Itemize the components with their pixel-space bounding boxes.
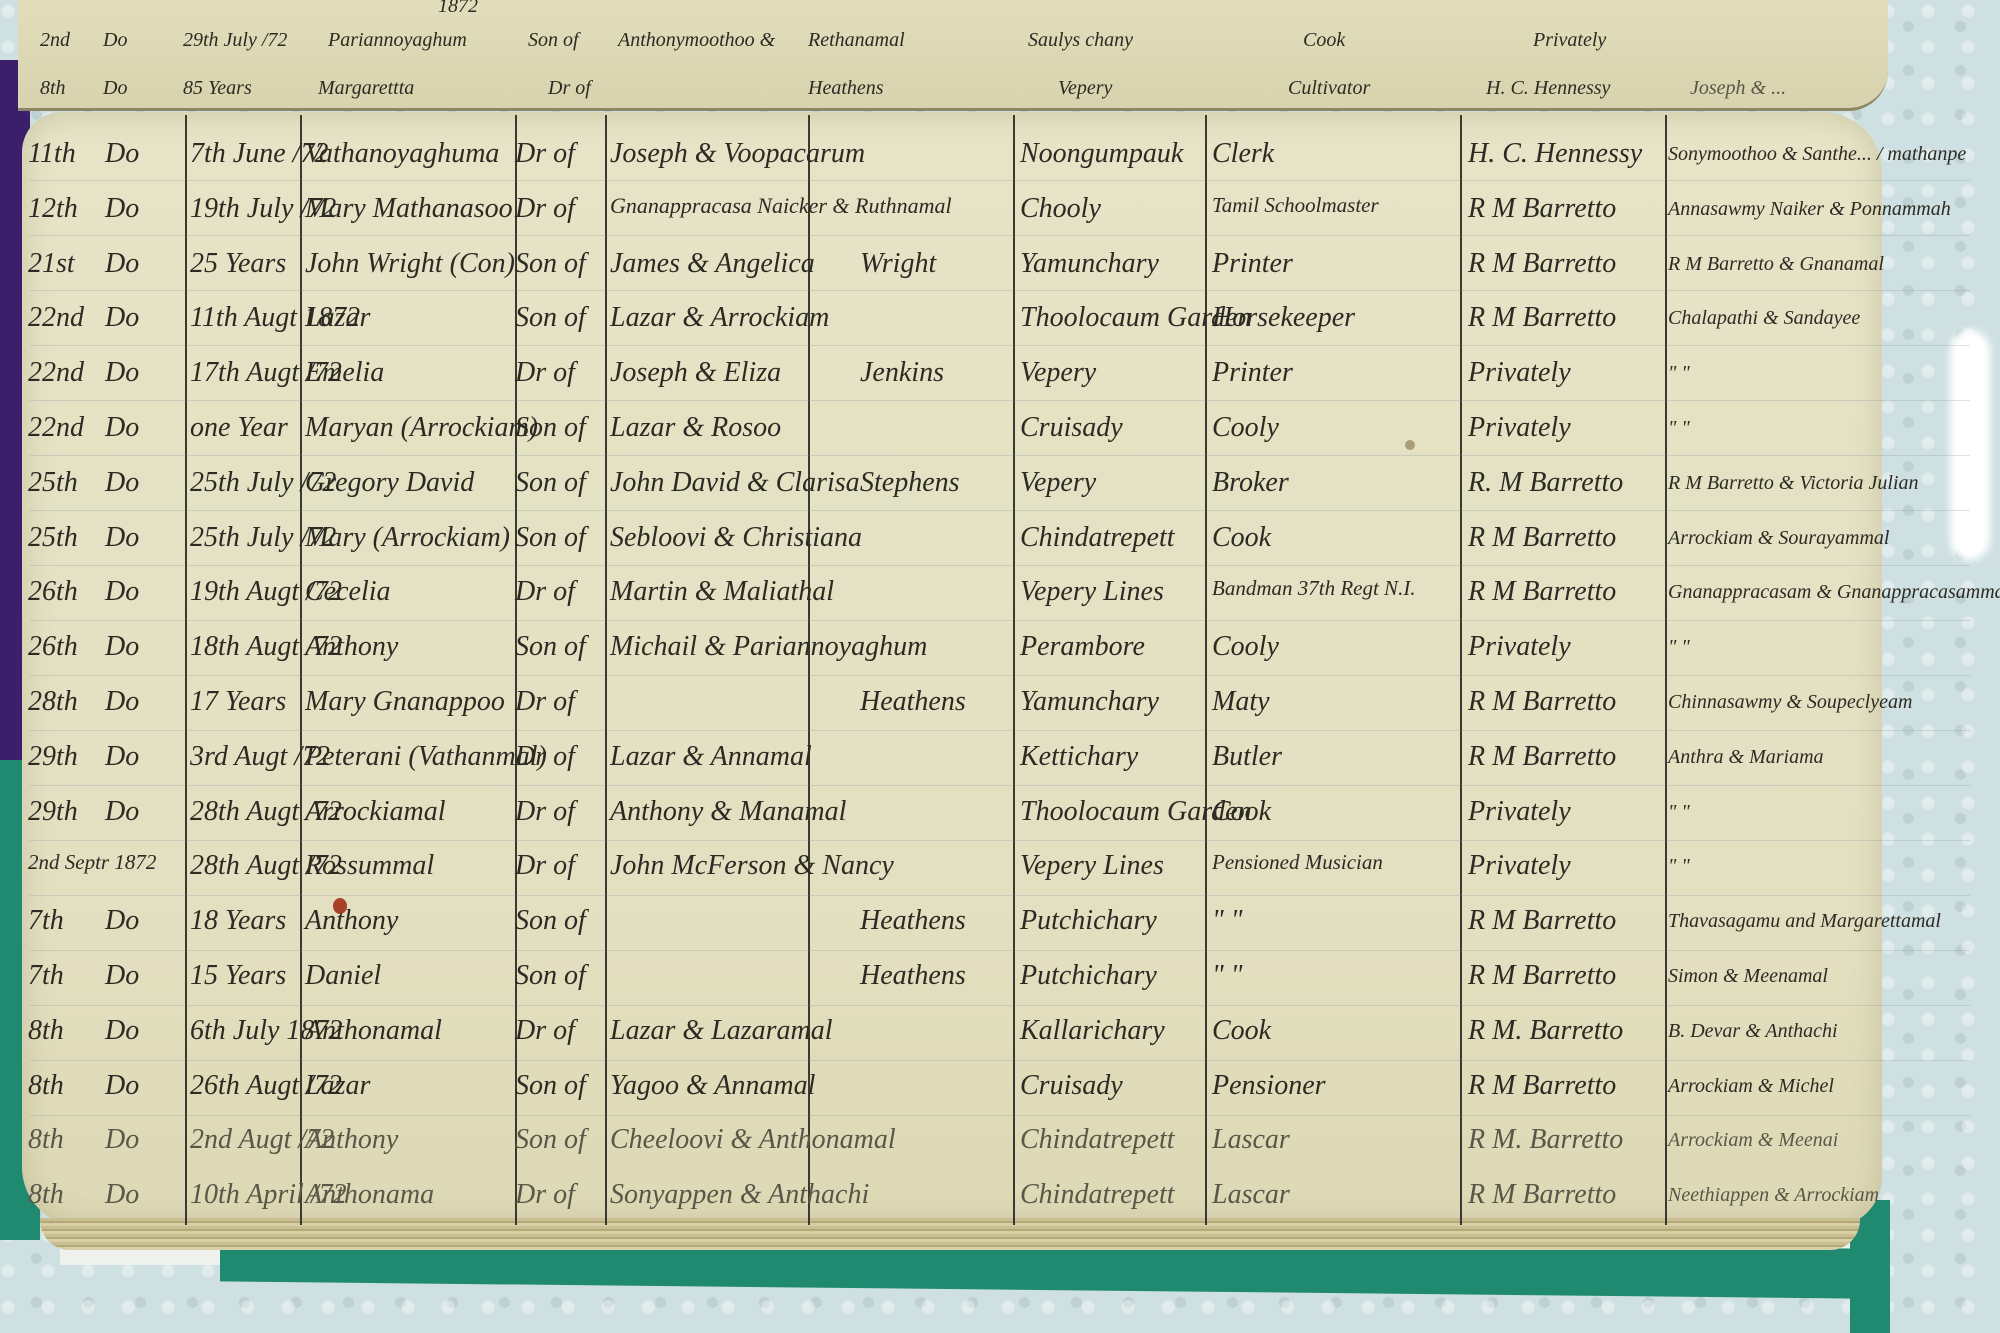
cell-abode: Noongumpauk — [1020, 140, 1183, 168]
cell-by-whom: R M Barretto — [1468, 1181, 1616, 1209]
cell-profession: Cooly — [1212, 414, 1279, 442]
cell-child-name: Emelia — [305, 359, 384, 387]
cell-child-name: Vathanoyaghuma — [305, 140, 499, 168]
cell-relation: Dr of — [515, 195, 575, 223]
cell-child-name: Peterani (Vathanmal) — [305, 743, 547, 771]
cell-baptized-month: Do — [105, 1126, 139, 1154]
cell-child-name: Anthony — [305, 633, 398, 661]
cell-by-whom: Privately — [1533, 30, 1606, 50]
cell-by-whom: H. C. Hennessy — [1468, 140, 1642, 168]
cell-child-name: Cecelia — [305, 578, 391, 606]
cell-sponsors: Anthra & Mariama — [1668, 747, 1824, 767]
previous-page-header: 1872 — [438, 0, 478, 16]
cell-relation: Son of — [515, 469, 586, 497]
cell-abode: Putchichary — [1020, 907, 1157, 935]
cell-relation: Dr of — [515, 140, 575, 168]
cell-relation: Son of — [515, 250, 586, 278]
cell-profession: " " — [1212, 907, 1243, 935]
cell-baptized-day: 8th — [28, 1017, 64, 1045]
cell-abode: Cruisady — [1020, 1072, 1123, 1100]
cell-profession: Cooly — [1212, 633, 1279, 661]
cell-by-whom: R M Barretto — [1468, 304, 1616, 332]
cell-sponsors: " " — [1668, 363, 1690, 383]
cell-child-name: Mary (Arrockiam) — [305, 524, 510, 552]
cell-baptized-month: Do — [105, 798, 139, 826]
cell-by-whom: R M Barretto — [1468, 688, 1616, 716]
light-glare — [1950, 330, 1990, 560]
cell-by-whom: R M Barretto — [1468, 524, 1616, 552]
cell-parents: Cheeloovi & Anthonamal — [610, 1126, 896, 1154]
cell-sponsors: Joseph & ... — [1690, 78, 1786, 98]
cell-baptized-month: Do — [105, 743, 139, 771]
cell-baptized-month: Do — [105, 414, 139, 442]
cell-sponsors: " " — [1668, 802, 1690, 822]
cell-child-name: Mary Gnanappoo — [305, 688, 505, 716]
cell-surname: Rethanamal — [808, 30, 905, 50]
column-rule — [1205, 115, 1207, 1225]
cell-sponsors: Sonymoothoo & Santhe... / mathanpe — [1668, 144, 1966, 164]
cell-profession: " " — [1212, 962, 1243, 990]
cell-baptized-day: 22nd — [28, 359, 84, 387]
cell-relation: Son of — [515, 1072, 586, 1100]
page-block-edge — [40, 1218, 1860, 1250]
cell-baptized-month: Do — [103, 78, 127, 98]
cell-profession: Cultivator — [1288, 78, 1370, 98]
cell-baptized-month: Do — [105, 250, 139, 278]
cell-by-whom: R M Barretto — [1468, 195, 1616, 223]
cell-child-name: Gregory David — [305, 469, 474, 497]
cell-baptized-day: 12th — [28, 195, 78, 223]
cell-born: one Year — [190, 414, 288, 442]
cell-baptized-day: 29th — [28, 743, 78, 771]
cell-baptized-month: Do — [105, 469, 139, 497]
cell-child-name: Lazar — [305, 304, 370, 332]
cell-child-name: Arrockiamal — [305, 798, 446, 826]
cell-parents: Gnanappracasa Naicker & Ruthnamal — [610, 195, 952, 217]
cell-sponsors: B. Devar & Anthachi — [1668, 1021, 1838, 1041]
cell-profession: Horsekeeper — [1212, 304, 1355, 332]
cell-sponsors: Arrockiam & Sourayammal — [1668, 528, 1889, 548]
foxing-spot — [1405, 440, 1415, 450]
cell-relation: Son of — [515, 414, 586, 442]
cell-profession: Pensioned Musician — [1212, 852, 1383, 873]
cell-child-name: Lazar — [305, 1072, 370, 1100]
cell-relation: Son of — [528, 30, 579, 50]
cell-baptized-day: 8th — [40, 78, 66, 98]
cell-relation: Dr of — [548, 78, 591, 98]
cell-relation: Dr of — [515, 578, 575, 606]
cell-parents: Lazar & Rosoo — [610, 414, 781, 442]
cell-by-whom: R M Barretto — [1468, 1072, 1616, 1100]
cell-sponsors: R M Barretto & Victoria Julian — [1668, 473, 1919, 493]
column-rule — [300, 115, 302, 1225]
cell-abode: Chindatrepett — [1020, 1126, 1175, 1154]
previous-page: 1872 2nd Do 29th July /72 Pariannoyaghum… — [18, 0, 1888, 111]
cell-baptized-day: 11th — [28, 140, 76, 168]
column-rule — [1013, 115, 1015, 1225]
cell-abode: Vepery — [1058, 78, 1112, 98]
cell-baptized-month: Do — [105, 633, 139, 661]
cell-parents: John David & Clarisa — [610, 469, 860, 497]
cell-born: 15 Years — [190, 962, 286, 990]
cell-baptized-day: 2nd Septr 1872 — [28, 852, 156, 873]
cell-sponsors: R M Barretto & Gnanamal — [1668, 254, 1884, 274]
cell-profession: Clerk — [1212, 140, 1274, 168]
column-rule — [515, 115, 517, 1225]
cell-profession: Printer — [1212, 359, 1293, 387]
cell-sponsors: Annasawmy Naiker & Ponnammah — [1668, 199, 1951, 219]
cell-child-name: Anthonama — [305, 1181, 434, 1209]
cell-abode: Kallarichary — [1020, 1017, 1165, 1045]
cell-relation: Son of — [515, 524, 586, 552]
cell-parents: Martin & Maliathal — [610, 578, 834, 606]
cell-surname: Stephens — [860, 469, 960, 497]
cell-baptized-day: 8th — [28, 1181, 64, 1209]
cell-profession: Cook — [1212, 524, 1271, 552]
cell-relation: Dr of — [515, 359, 575, 387]
cell-relation: Dr of — [515, 852, 575, 880]
cell-profession: Maty — [1212, 688, 1270, 716]
cell-surname: Heathens — [860, 962, 966, 990]
cell-by-whom: Privately — [1468, 852, 1571, 880]
cell-sponsors: Gnanappracasam & Gnanappracasammal — [1668, 582, 2000, 602]
cell-sponsors: Chalapathi & Sandayee — [1668, 308, 1860, 328]
cell-parents: Lazar & Lazaramal — [610, 1017, 833, 1045]
cell-baptized-day: 8th — [28, 1126, 64, 1154]
cell-child-name: Anthony — [305, 1126, 398, 1154]
cell-baptized-day: 22nd — [28, 414, 84, 442]
cell-abode: Putchichary — [1020, 962, 1157, 990]
cell-abode: Chindatrepett — [1020, 1181, 1175, 1209]
cell-relation: Dr of — [515, 1017, 575, 1045]
cell-child-name: Mary Mathanasoo — [305, 195, 513, 223]
cell-sponsors: Neethiappen & Arrockiam — [1668, 1185, 1879, 1205]
cell-relation: Son of — [515, 907, 586, 935]
cell-baptized-month: Do — [105, 524, 139, 552]
cell-by-whom: R M. Barretto — [1468, 1126, 1623, 1154]
cell-relation: Son of — [515, 1126, 586, 1154]
cell-name: Margarettta — [318, 78, 414, 98]
cell-baptized-month: Do — [105, 578, 139, 606]
cell-relation: Dr of — [515, 743, 575, 771]
cell-sponsors: Chinnasawmy & Soupeclyeam — [1668, 692, 1912, 712]
cell-profession: Broker — [1212, 469, 1289, 497]
cell-by-whom: R. M Barretto — [1468, 469, 1623, 497]
cell-surname: Heathens — [860, 907, 966, 935]
cell-profession: Cook — [1212, 798, 1271, 826]
cell-surname: Heathens — [860, 688, 966, 716]
cell-baptized-month: Do — [105, 359, 139, 387]
cell-profession: Tamil Schoolmaster — [1212, 195, 1379, 216]
cell-surname: Jenkins — [860, 359, 944, 387]
cell-born: 85 Years — [183, 78, 252, 98]
cell-profession: Cook — [1212, 1017, 1271, 1045]
cell-surname: Heathens — [808, 78, 884, 98]
cell-baptized-day: 7th — [28, 962, 64, 990]
cell-abode: Vepery — [1020, 359, 1096, 387]
cell-born: 29th July /72 — [183, 30, 287, 50]
cell-parents: Michail & Pariannoyaghum — [610, 633, 927, 661]
cell-sponsors: Simon & Meenamal — [1668, 966, 1828, 986]
cell-relation: Dr of — [515, 798, 575, 826]
cell-by-whom: R M. Barretto — [1468, 1017, 1623, 1045]
cell-parents: Sebloovi & Christiana — [610, 524, 862, 552]
cell-by-whom: R M Barretto — [1468, 743, 1616, 771]
cell-sponsors: " " — [1668, 418, 1690, 438]
cell-abode: Chindatrepett — [1020, 524, 1175, 552]
cell-baptized-month: Do — [105, 1181, 139, 1209]
cell-baptized-day: 25th — [28, 469, 78, 497]
cell-baptized-month: Do — [105, 1072, 139, 1100]
cell-born: 18 Years — [190, 907, 286, 935]
cell-baptized-day: 8th — [28, 1072, 64, 1100]
cell-baptized-day: 21st — [28, 250, 75, 278]
cell-by-whom: H. C. Hennessy — [1486, 78, 1610, 98]
cell-child-name: Maryan (Arrockiam) — [305, 414, 538, 442]
cell-baptized-month: Do — [105, 1017, 139, 1045]
cell-abode: Vepery Lines — [1020, 578, 1164, 606]
cell-baptized-day: 7th — [28, 907, 64, 935]
cell-baptized-month: Do — [105, 140, 139, 168]
cell-abode: Perambore — [1020, 633, 1145, 661]
cell-parents: Lazar & Arrockiam — [610, 304, 829, 332]
cell-profession: Pensioner — [1212, 1072, 1326, 1100]
cell-abode: Saulys chany — [1028, 30, 1133, 50]
cell-child-name: John Wright (Con) — [305, 250, 515, 278]
cell-abode: Vepery — [1020, 469, 1096, 497]
cell-born: 25 Years — [190, 250, 286, 278]
cell-abode: Kettichary — [1020, 743, 1138, 771]
cell-baptized-month: Do — [103, 30, 127, 50]
cell-parents: Joseph & Voopacarum — [610, 140, 865, 168]
cell-by-whom: R M Barretto — [1468, 578, 1616, 606]
column-rule — [1665, 115, 1667, 1225]
cell-abode: Cruisady — [1020, 414, 1123, 442]
cell-sponsors: Arrockiam & Michel — [1668, 1076, 1834, 1096]
cell-relation: Son of — [515, 633, 586, 661]
cell-profession: Bandman 37th Regt N.I. — [1212, 578, 1416, 599]
cell-by-whom: Privately — [1468, 633, 1571, 661]
cell-baptized-day: 26th — [28, 578, 78, 606]
cell-child-name: Daniel — [305, 962, 381, 990]
cell-baptized-day: 25th — [28, 524, 78, 552]
cell-parents: Yagoo & Annamal — [610, 1072, 815, 1100]
cell-parents: Joseph & Eliza — [610, 359, 781, 387]
cell-profession: Butler — [1212, 743, 1282, 771]
cell-relation: Son of — [515, 304, 586, 332]
cell-sponsors: Arrockiam & Meenai — [1668, 1130, 1838, 1150]
cell-baptized-month: Do — [105, 907, 139, 935]
cell-baptized-day: 26th — [28, 633, 78, 661]
cell-abode: Vepery Lines — [1020, 852, 1164, 880]
column-rule — [605, 115, 607, 1225]
cell-child-name: Anthony — [305, 907, 398, 935]
cell-by-whom: Privately — [1468, 414, 1571, 442]
cell-by-whom: Privately — [1468, 359, 1571, 387]
column-rule — [1460, 115, 1462, 1225]
column-rule — [185, 115, 187, 1225]
cell-born: 17 Years — [190, 688, 286, 716]
cell-parents: John McFerson & Nancy — [610, 852, 894, 880]
cell-by-whom: R M Barretto — [1468, 907, 1616, 935]
cell-parents: Sonyappen & Anthachi — [610, 1181, 869, 1209]
cell-abode: Yamunchary — [1020, 250, 1159, 278]
cell-baptized-day: 22nd — [28, 304, 84, 332]
cell-relation: Dr of — [515, 1181, 575, 1209]
cell-child-name: Rossummal — [305, 852, 434, 880]
cell-parents: Anthonymoothoo & — [618, 30, 775, 50]
cell-parents: James & Angelica — [610, 250, 815, 278]
cell-baptized-day: 29th — [28, 798, 78, 826]
cell-by-whom: R M Barretto — [1468, 962, 1616, 990]
cell-relation: Son of — [515, 962, 586, 990]
cell-by-whom: Privately — [1468, 798, 1571, 826]
cell-abode: Yamunchary — [1020, 688, 1159, 716]
column-rule — [808, 115, 810, 1225]
cell-profession: Lascar — [1212, 1126, 1290, 1154]
cell-baptized-month: Do — [105, 962, 139, 990]
cell-baptized-month: Do — [105, 304, 139, 332]
cell-profession: Printer — [1212, 250, 1293, 278]
cell-baptized-month: Do — [105, 688, 139, 716]
cell-child-name: Anthonamal — [305, 1017, 442, 1045]
cell-name: Pariannoyaghum — [328, 30, 467, 50]
cell-sponsors: " " — [1668, 637, 1690, 657]
cell-parents: Lazar & Annamal — [610, 743, 812, 771]
cell-by-whom: R M Barretto — [1468, 250, 1616, 278]
cell-sponsors: Thavasagamu and Margarettamal — [1668, 911, 1941, 931]
cell-sponsors: " " — [1668, 856, 1690, 876]
cell-profession: Cook — [1303, 30, 1345, 50]
cell-baptized-day: 2nd — [40, 30, 70, 50]
cell-abode: Chooly — [1020, 195, 1101, 223]
cell-profession: Lascar — [1212, 1181, 1290, 1209]
cell-baptized-day: 28th — [28, 688, 78, 716]
cell-baptized-month: Do — [105, 195, 139, 223]
cell-surname: Wright — [860, 250, 936, 278]
cell-relation: Dr of — [515, 688, 575, 716]
cell-parents: Anthony & Manamal — [610, 798, 846, 826]
